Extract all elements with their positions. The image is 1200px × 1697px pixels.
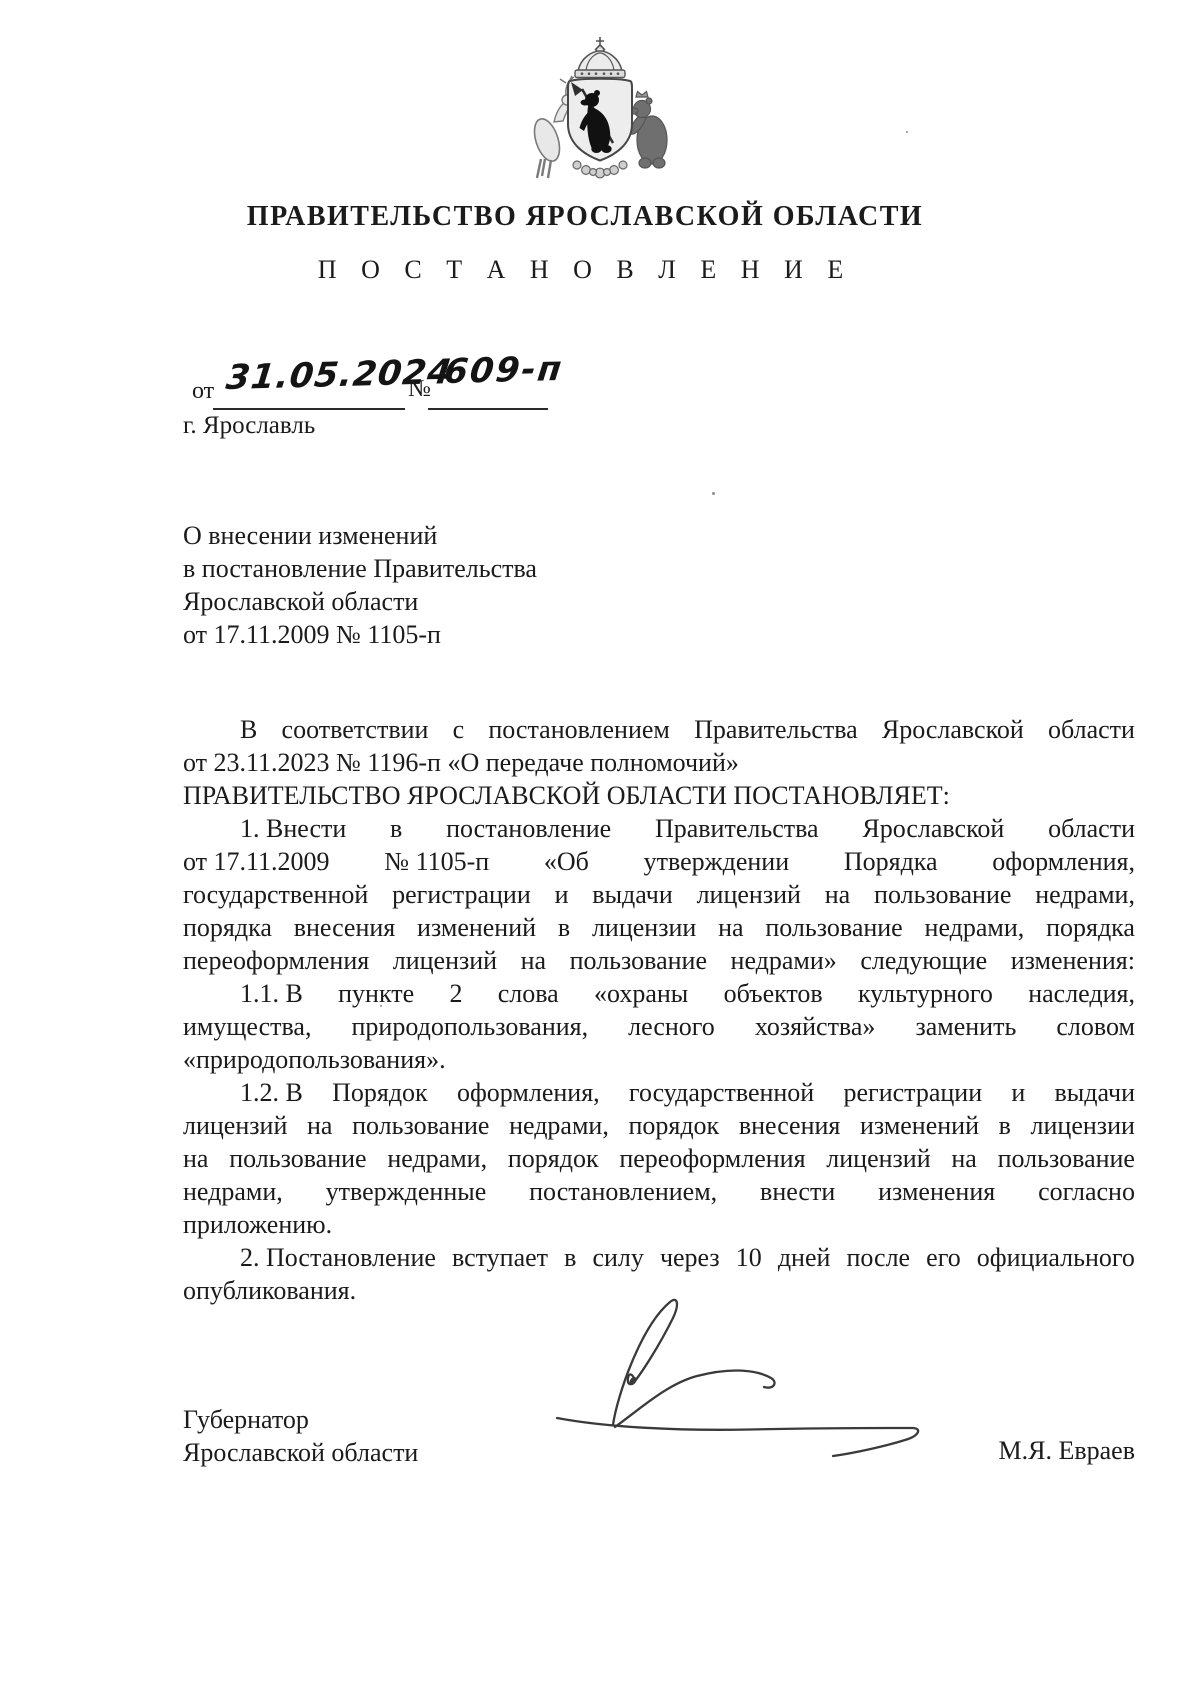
body-line: 2. Постановлениевступаетвсилучерез10дней…: [183, 1241, 1135, 1274]
document-body: ВсоответствииспостановлениемПравительств…: [183, 713, 1135, 1307]
subject-line: О внесении изменений: [183, 519, 703, 552]
scan-speck: [712, 492, 715, 495]
signer-post-line: Губернатор: [183, 1403, 603, 1436]
body-line: 1. ВнестивпостановлениеПравительстваЯрос…: [183, 812, 1135, 845]
body-line: приложению.: [183, 1208, 1135, 1241]
body-line: недрами,утвержденныепостановлением,внест…: [183, 1175, 1135, 1208]
city-label: г. Ярославль: [183, 412, 315, 440]
body-line: напользованиенедрами,порядокпереоформлен…: [183, 1142, 1135, 1175]
body-line: от 23.11.2023 № 1196-п «О передаче полно…: [183, 746, 1135, 779]
body-line: 1.1. Впункте2слова«охраныобъектовкультур…: [183, 977, 1135, 1010]
document-subject: О внесении измененийв постановление Прав…: [183, 519, 703, 651]
scan-speck: [380, 1005, 382, 1007]
body-line: 1.2. ВПорядокоформления,государственнойр…: [183, 1076, 1135, 1109]
subject-line: от 17.11.2009 № 1105-п: [183, 618, 703, 651]
body-line: переоформлениялицензийнапользованиенедра…: [183, 944, 1135, 977]
body-line: государственнойрегистрацииивыдачилицензи…: [183, 878, 1135, 911]
bear-supporter: [627, 92, 667, 169]
body-line: ПРАВИТЕЛЬСТВО ЯРОСЛАВСКОЙ ОБЛАСТИ ПОСТАН…: [183, 779, 1135, 812]
document-type-title: П О С Т А Н О В Л Е Н И Е: [15, 255, 1155, 285]
signer-name: М.Я. Евраев: [860, 1436, 1135, 1466]
body-line: порядкавнесенияизмененийвлицензиинапольз…: [183, 911, 1135, 944]
organization-title: ПРАВИТЕЛЬСТВО ЯРОСЛАВСКОЙ ОБЛАСТИ: [15, 201, 1155, 233]
document-page: ПРАВИТЕЛЬСТВО ЯРОСЛАВСКОЙ ОБЛАСТИ П О С …: [0, 0, 1200, 1697]
body-line: от 17.11.2009№ 1105-п«ОбутвержденииПоряд…: [183, 845, 1135, 878]
date-prefix-label: от: [192, 378, 214, 405]
body-line: лицензийнапользованиенедрами,порядоквнес…: [183, 1109, 1135, 1142]
subject-line: в постановление Правительства: [183, 552, 703, 585]
signer-post: ГубернаторЯрославской области: [183, 1403, 603, 1469]
coat-of-arms-icon: [475, 36, 725, 191]
handwritten-number: 609-п: [442, 349, 566, 392]
subject-line: Ярославской области: [183, 585, 703, 618]
body-line: «природопользования».: [183, 1043, 1135, 1076]
body-line: ВсоответствииспостановлениемПравительств…: [183, 713, 1135, 746]
number-sign-label: №: [408, 376, 431, 403]
signer-post-line: Ярославской области: [183, 1436, 603, 1469]
number-underline: [428, 408, 548, 410]
body-line: имущества,природопользования,лесногохозя…: [183, 1010, 1135, 1043]
scan-speck: [906, 131, 908, 133]
garland: [573, 161, 627, 178]
date-underline: [213, 408, 405, 410]
